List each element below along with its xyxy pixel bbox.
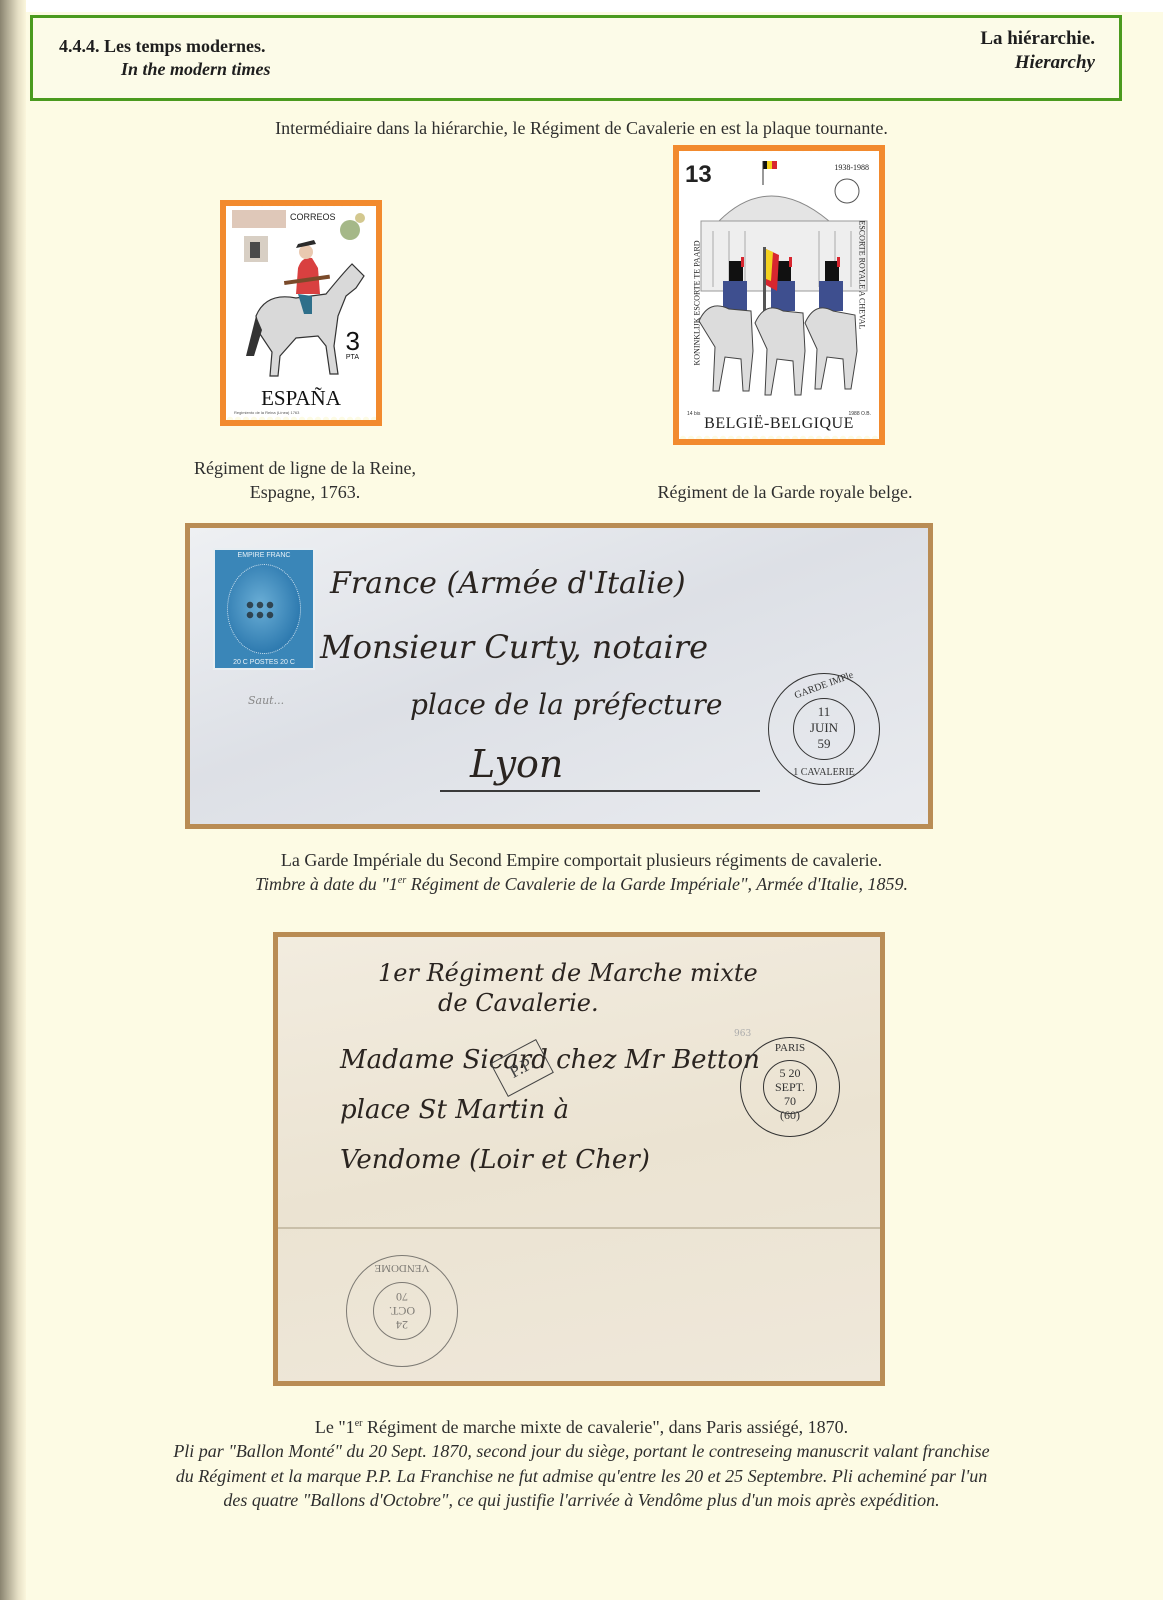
topic-title-fr: La hiérarchie. bbox=[980, 28, 1095, 50]
postmark-month: OCT. bbox=[347, 1304, 457, 1318]
album-binding-shadow bbox=[0, 0, 26, 1600]
postmark-day: 20 bbox=[789, 1066, 801, 1080]
intro-text: Intermédiaire dans la hiérarchie, le Rég… bbox=[0, 118, 1163, 139]
address-line-3: place de la préfecture bbox=[410, 688, 722, 721]
belgium-stamp-caption: Régiment de la Garde royale belge. bbox=[600, 480, 970, 504]
cover-1870-caption-line-4: des quatre "Ballons d'Octobre", ce qui j… bbox=[40, 1488, 1123, 1512]
topic-title-en: Hierarchy bbox=[980, 52, 1095, 74]
address-line-1: France (Armée d'Italie) bbox=[330, 566, 686, 601]
postmark-date: 24 OCT. 70 bbox=[347, 1290, 457, 1332]
cover-1870-ballon-monte: 1er Régiment de Marche mixte de Cavaleri… bbox=[273, 932, 885, 1386]
spain-stamp-caption: Régiment de ligne de la Reine, Espagne, … bbox=[150, 456, 460, 505]
cover-1870-caption-line-2: Pli par "Ballon Monté" du 20 Sept. 1870,… bbox=[40, 1439, 1123, 1463]
spain-caption-line-1: Régiment de ligne de la Reine, bbox=[150, 456, 460, 480]
postmark-year: 59 bbox=[769, 736, 879, 752]
address-line-2: Monsieur Curty, notaire bbox=[320, 628, 708, 666]
section-title: 4.4.4. Les temps modernes. In the modern… bbox=[59, 36, 271, 80]
cover-1870-caption-line-3: du Régiment et la marque P.P. La Franchi… bbox=[40, 1464, 1123, 1488]
spain-correos-label: CORREOS bbox=[290, 212, 336, 222]
regiment-header-line-1: 1er Régiment de Marche mixte bbox=[378, 959, 758, 987]
spain-stamp-country: ESPAÑA bbox=[226, 386, 376, 411]
fold-crease bbox=[278, 1227, 880, 1229]
address-line-3: Vendome (Loir et Cher) bbox=[340, 1145, 650, 1175]
section-title-en: In the modern times bbox=[121, 59, 271, 80]
napoleon-20c-stamp: EMPIRE FRANC 20 C POSTES 20 C bbox=[213, 548, 315, 670]
garde-imperiale-postmark: GARDE IMPle 11 JUIN 59 1 CAVALERIE bbox=[768, 673, 880, 785]
postmark-day: 24 bbox=[347, 1318, 457, 1332]
cover-1870-folded-letter: 1er Régiment de Marche mixte de Cavaleri… bbox=[278, 937, 880, 1381]
belgium-stamp-value: 13 bbox=[685, 161, 712, 189]
postmark-bottom-text: 1 CAVALERIE bbox=[769, 767, 879, 778]
caption-text: Régiment de marche mixte de cavalerie", … bbox=[362, 1417, 848, 1437]
section-title-fr: 4.4.4. Les temps modernes. bbox=[59, 36, 271, 57]
cover-1870-caption: Le "1er Régiment de marche mixte de cava… bbox=[40, 1415, 1123, 1512]
belgium-stamp-dutch-legend: KONINKLIJK ESCORTE TE PAARD bbox=[693, 226, 702, 366]
postmark-dept: (60) bbox=[741, 1108, 839, 1122]
caption-text: Régiment de Cavalerie de la Garde Impéri… bbox=[406, 874, 908, 894]
postmark-date: 11 JUIN 59 bbox=[769, 704, 879, 752]
topic-title: La hiérarchie. Hierarchy bbox=[980, 28, 1095, 74]
pencil-number: 963 bbox=[734, 1029, 751, 1039]
spain-stamp-face: CORREOS 3 PTA ESPAÑA Regimiento de la Re… bbox=[226, 206, 376, 420]
address-line-4: Lyon bbox=[470, 742, 563, 786]
pencil-note: Saut... bbox=[248, 694, 284, 707]
page-top-edge bbox=[0, 0, 1163, 12]
caption-text: Le "1 bbox=[315, 1417, 355, 1437]
postmark-numerator: 5 bbox=[780, 1066, 786, 1080]
spain-stamp-legend: Regimiento de la Reina (Línea) 1763 bbox=[234, 410, 299, 415]
postmark-date: 5 20 SEPT. 70 (60) bbox=[741, 1066, 839, 1122]
postmark-month: SEPT. bbox=[741, 1080, 839, 1094]
cover-1870-caption-line-1: Le "1er Régiment de marche mixte de cava… bbox=[40, 1415, 1123, 1439]
caption-superscript: er bbox=[398, 875, 406, 886]
stamp-bottom-legend: 20 C POSTES 20 C bbox=[215, 659, 313, 666]
address-line-2: place St Martin à bbox=[340, 1095, 569, 1125]
spain-stamp-unit: PTA bbox=[346, 354, 359, 361]
spain-stamp-value: 3 bbox=[346, 326, 360, 357]
cover-1859: EMPIRE FRANC 20 C POSTES 20 C Saut... Fr… bbox=[185, 523, 933, 829]
caption-text: Timbre à date du "1 bbox=[255, 874, 398, 894]
belgium-stamp: 13 1938-1988 KONINKLIJK ESCORTE TE PAARD… bbox=[673, 145, 885, 445]
cover-1859-caption: La Garde Impériale du Second Empire comp… bbox=[100, 848, 1063, 897]
postmark-month: JUIN bbox=[769, 720, 879, 736]
postmark-year: 70 bbox=[741, 1094, 839, 1108]
cover-1859-envelope: EMPIRE FRANC 20 C POSTES 20 C Saut... Fr… bbox=[190, 528, 928, 824]
belgium-stamp-years: 1938-1988 bbox=[834, 163, 869, 172]
dotted-cancel-mark bbox=[245, 600, 275, 620]
spain-caption-line-2: Espagne, 1763. bbox=[150, 480, 460, 504]
vendome-arrival-postmark: VENDOME 24 OCT. 70 bbox=[346, 1255, 458, 1367]
postmark-day: 11 bbox=[769, 704, 879, 720]
page-header: 4.4.4. Les temps modernes. In the modern… bbox=[30, 15, 1122, 101]
stamp-top-legend: EMPIRE FRANC bbox=[215, 552, 313, 559]
spain-stamp: CORREOS 3 PTA ESPAÑA Regimiento de la Re… bbox=[220, 200, 382, 426]
royal-escort-illustration bbox=[679, 151, 879, 439]
postmark-day-row: 5 20 bbox=[741, 1066, 839, 1080]
belgium-stamp-french-legend: ESCORTE ROYALE A CHEVAL bbox=[858, 221, 867, 371]
cover-1859-caption-line-2: Timbre à date du "1er Régiment de Cavale… bbox=[100, 872, 1063, 896]
cover-1859-caption-line-1: La Garde Impériale du Second Empire comp… bbox=[100, 848, 1063, 872]
postmark-top-text: PARIS bbox=[741, 1042, 839, 1054]
underline-stroke bbox=[440, 790, 760, 792]
belgium-stamp-face: 13 1938-1988 KONINKLIJK ESCORTE TE PAARD… bbox=[679, 151, 879, 439]
postmark-year: 70 bbox=[347, 1290, 457, 1304]
paris-postmark: PARIS 5 20 SEPT. 70 (60) bbox=[740, 1037, 840, 1137]
belgium-stamp-country: BELGIË-BELGIQUE bbox=[679, 415, 879, 433]
postmark-top-text: VENDOME bbox=[347, 1262, 457, 1274]
regiment-header-line-2: de Cavalerie. bbox=[438, 989, 599, 1017]
